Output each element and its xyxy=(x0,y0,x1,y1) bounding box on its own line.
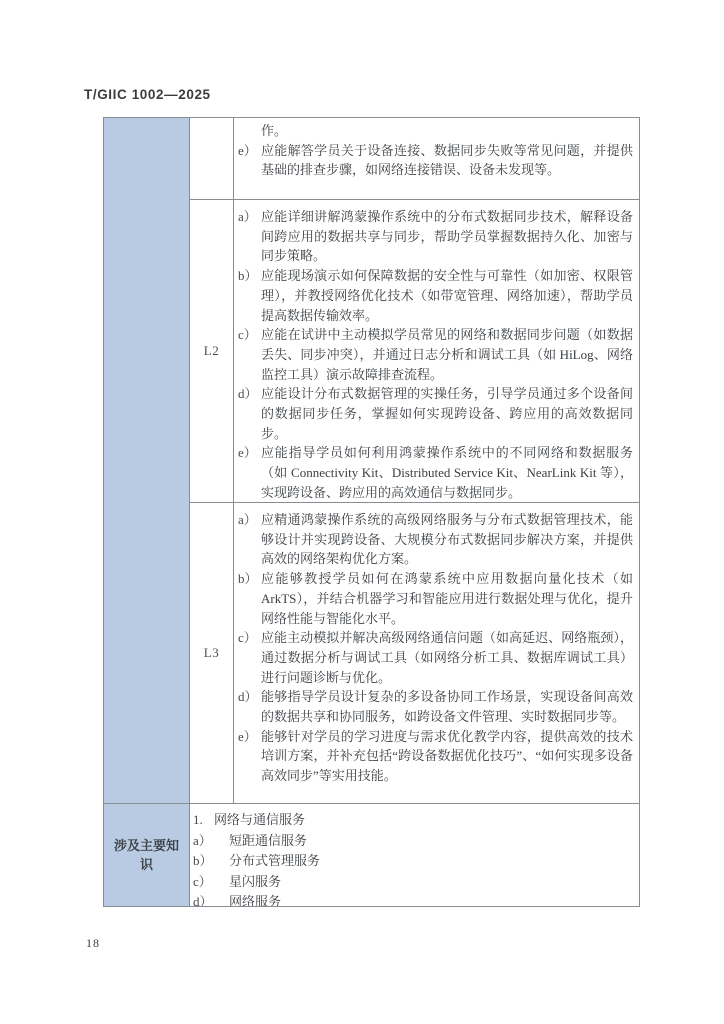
item-text: 网络服务 xyxy=(229,892,631,906)
knowledge-list-cell: 1. 网络与通信服务 a） 短距通信服务 b） 分布式管理服务 c） 星闪服务 … xyxy=(189,804,639,906)
requirement-item: c） 应能在试讲中主动模拟学员常见的网络和数据同步问题（如数据丢失、同步冲突），… xyxy=(238,325,633,384)
item-marker: c） xyxy=(238,325,261,345)
requirement-item: b） 应能够教授学员如何在鸿蒙系统中应用数据向量化技术（如 ArkTS），并结合… xyxy=(238,569,633,628)
item-text: 应能设计分布式数据管理的实操任务，引导学员通过多个设备间的数据同步任务，掌握如何… xyxy=(261,384,633,443)
item-text: 能够指导学员设计复杂的多设备协同工作场景，实现设备间高效的数据共享和协同服务，如… xyxy=(261,687,633,726)
page-number: 18 xyxy=(86,936,100,951)
level-label: L2 xyxy=(204,341,219,361)
level-label: L3 xyxy=(204,643,219,663)
knowledge-label-cell: 涉及主要知识 xyxy=(104,804,189,906)
item-text: 应能够教授学员如何在鸿蒙系统中应用数据向量化技术（如 ArkTS），并结合机器学… xyxy=(261,569,633,628)
item-text: 分布式管理服务 xyxy=(229,851,631,872)
item-marker: a） xyxy=(238,207,261,227)
item-text: 应能解答学员关于设备连接、数据同步失败等常见问题，并提供基础的排查步骤，如网络连… xyxy=(261,141,633,180)
requirement-item: e） 应能指导学员如何利用鸿蒙操作系统中的不同网络和数据服务（如 Connect… xyxy=(238,443,633,502)
knowledge-item: 1. 网络与通信服务 xyxy=(193,810,631,831)
requirements-cell-l2: a） 应能详细讲解鸿蒙操作系统中的分布式数据同步技术，解释设备间跨应用的数据共享… xyxy=(233,200,639,503)
item-text: 能够针对学员的学习进度与需求优化教学内容，提供高效的技术培训方案，并补充包括“跨… xyxy=(261,727,633,786)
continuation-text: 作。 xyxy=(261,121,633,141)
item-text: 星闪服务 xyxy=(229,872,631,893)
requirement-item: b） 应能现场演示如何保障数据的安全性与可靠性（如加密、权限管理），并教授网络优… xyxy=(238,266,633,325)
requirement-item: c） 应能主动模拟并解决高级网络通信问题（如高延迟、网络瓶颈），通过数据分析与调… xyxy=(238,628,633,687)
item-marker: e） xyxy=(238,727,261,747)
requirement-item: a） 应精通鸿蒙操作系统的高级网络服务与分布式数据管理技术，能够设计并实现跨设备… xyxy=(238,510,633,569)
item-text: 应能指导学员如何利用鸿蒙操作系统中的不同网络和数据服务（如 Connectivi… xyxy=(261,443,633,502)
item-marker: a） xyxy=(238,510,261,530)
knowledge-label: 涉及主要知识 xyxy=(112,836,181,874)
item-text: 应能现场演示如何保障数据的安全性与可靠性（如加密、权限管理），并教授网络优化技术… xyxy=(261,266,633,325)
item-text: 短距通信服务 xyxy=(229,831,631,852)
requirements-cell-l3: a） 应精通鸿蒙操作系统的高级网络服务与分布式数据管理技术，能够设计并实现跨设备… xyxy=(233,503,639,804)
level-cell-empty xyxy=(189,118,233,200)
item-text: 应能在试讲中主动模拟学员常见的网络和数据同步问题（如数据丢失、同步冲突），并通过… xyxy=(261,325,633,384)
item-marker: d） xyxy=(193,892,229,906)
knowledge-item: b） 分布式管理服务 xyxy=(193,851,631,872)
standard-code-header: T/GIIC 1002—2025 xyxy=(84,87,211,102)
item-marker: e） xyxy=(238,443,261,463)
requirements-continuation-cell: 作。 e） 应能解答学员关于设备连接、数据同步失败等常见问题，并提供基础的排查步… xyxy=(233,118,639,200)
item-text: 应精通鸿蒙操作系统的高级网络服务与分布式数据管理技术，能够设计并实现跨设备、大规… xyxy=(261,510,633,569)
item-marker: b） xyxy=(238,569,261,589)
requirement-item: d） 能够指导学员设计复杂的多设备协同工作场景，实现设备间高效的数据共享和协同服… xyxy=(238,687,633,726)
item-text: 应能主动模拟并解决高级网络通信问题（如高延迟、网络瓶颈），通过数据分析与调试工具… xyxy=(261,628,633,687)
item-marker: 1. xyxy=(193,810,214,831)
item-marker: e） xyxy=(238,141,261,161)
merged-category-cell xyxy=(104,118,189,804)
item-marker: a） xyxy=(193,831,229,852)
item-marker: b） xyxy=(238,266,261,286)
capability-requirements-table: 作。 e） 应能解答学员关于设备连接、数据同步失败等常见问题，并提供基础的排查步… xyxy=(103,117,640,907)
level-cell-l3: L3 xyxy=(189,503,233,804)
item-text: 网络与通信服务 xyxy=(214,810,631,831)
item-marker: c） xyxy=(238,628,261,648)
requirement-item: e） 能够针对学员的学习进度与需求优化教学内容，提供高效的技术培训方案，并补充包… xyxy=(238,727,633,786)
requirement-item: d） 应能设计分布式数据管理的实操任务，引导学员通过多个设备间的数据同步任务，掌… xyxy=(238,384,633,443)
requirement-item: a） 应能详细讲解鸿蒙操作系统中的分布式数据同步技术，解释设备间跨应用的数据共享… xyxy=(238,207,633,266)
item-marker: c） xyxy=(193,872,229,893)
item-text: 应能详细讲解鸿蒙操作系统中的分布式数据同步技术，解释设备间跨应用的数据共享与同步… xyxy=(261,207,633,266)
requirement-item: e） 应能解答学员关于设备连接、数据同步失败等常见问题，并提供基础的排查步骤，如… xyxy=(238,141,633,180)
knowledge-item: c） 星闪服务 xyxy=(193,872,631,893)
level-cell-l2: L2 xyxy=(189,200,233,503)
knowledge-item: d） 网络服务 xyxy=(193,892,631,906)
knowledge-item: a） 短距通信服务 xyxy=(193,831,631,852)
item-marker: d） xyxy=(238,687,261,707)
item-marker: b） xyxy=(193,851,229,872)
item-marker: d） xyxy=(238,384,261,404)
